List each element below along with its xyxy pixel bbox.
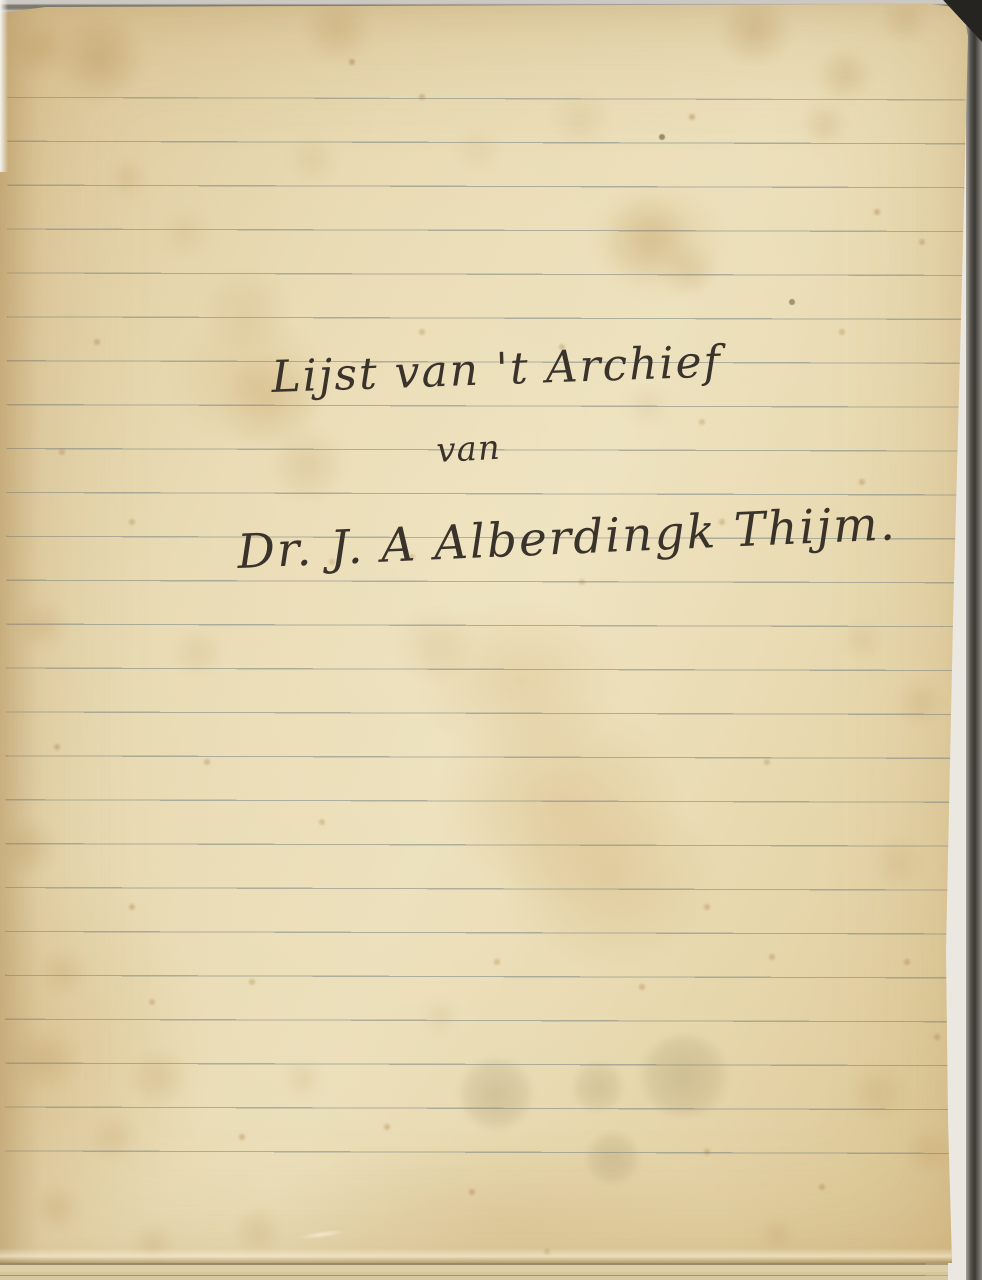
manuscript-line-2: van bbox=[435, 428, 501, 471]
paper-edge-highlight bbox=[0, 0, 8, 172]
handwriting-layer: Lijst van 't Archief van Dr. J. A Alberd… bbox=[0, 0, 982, 1280]
scanner-edge bbox=[966, 0, 982, 1280]
page-below-fold bbox=[0, 1263, 948, 1280]
manuscript-line-1: Lijst van 't Archief bbox=[270, 336, 728, 403]
paper-sheet: Lijst van 't Archief van Dr. J. A Alberd… bbox=[0, 0, 982, 1280]
scanned-page: { "manuscript": { "line1": "Lijst van 't… bbox=[0, 0, 982, 1280]
manuscript-line-3: Dr. J. A Alberdingk Thijm. bbox=[235, 496, 898, 580]
